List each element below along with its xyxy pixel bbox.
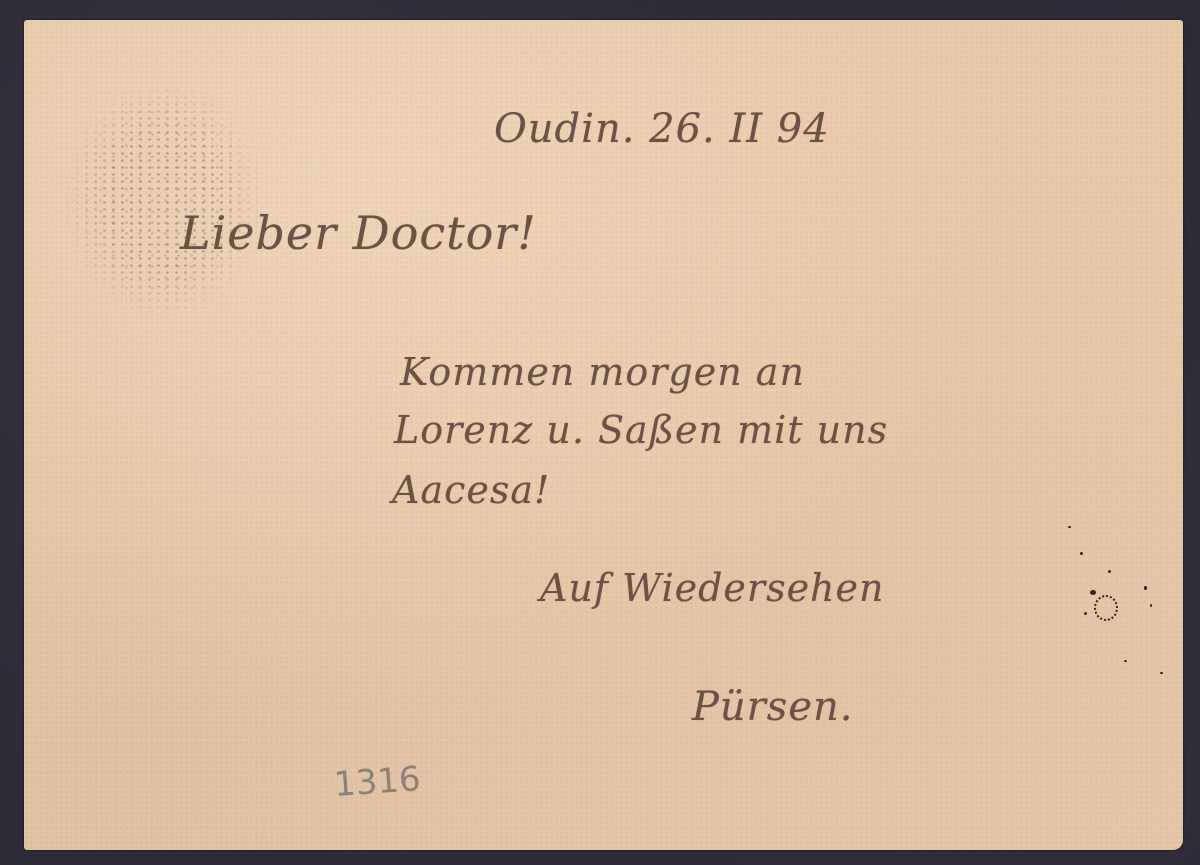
speck [1080,552,1083,555]
place-date-line: Oudin. 26. II 94 [494,106,830,152]
speck [1084,612,1087,615]
speck [1068,526,1071,528]
postcard: Oudin. 26. II 94 Lieber Doctor! Kommen m… [24,20,1183,850]
body-line-2: Lorenz u. Saßen mit uns [394,408,888,452]
speck [1124,660,1127,662]
signature: Pürsen. [692,684,853,730]
speck [1160,672,1163,674]
body-line-3: Aacesa! [392,468,550,512]
closing-line: Auf Wiedersehen [540,566,885,610]
greeting-line: Lieber Doctor! [180,206,537,260]
ink-specks-icon [1064,560,1174,680]
speck [1090,590,1096,595]
speck [1108,570,1111,573]
speck [1150,604,1152,607]
archive-number: 1316 [333,759,422,805]
speck-ring [1094,595,1118,621]
body-line-1: Kommen morgen an [400,350,805,394]
faint-postmark-icon [64,80,264,320]
speck [1144,586,1147,590]
